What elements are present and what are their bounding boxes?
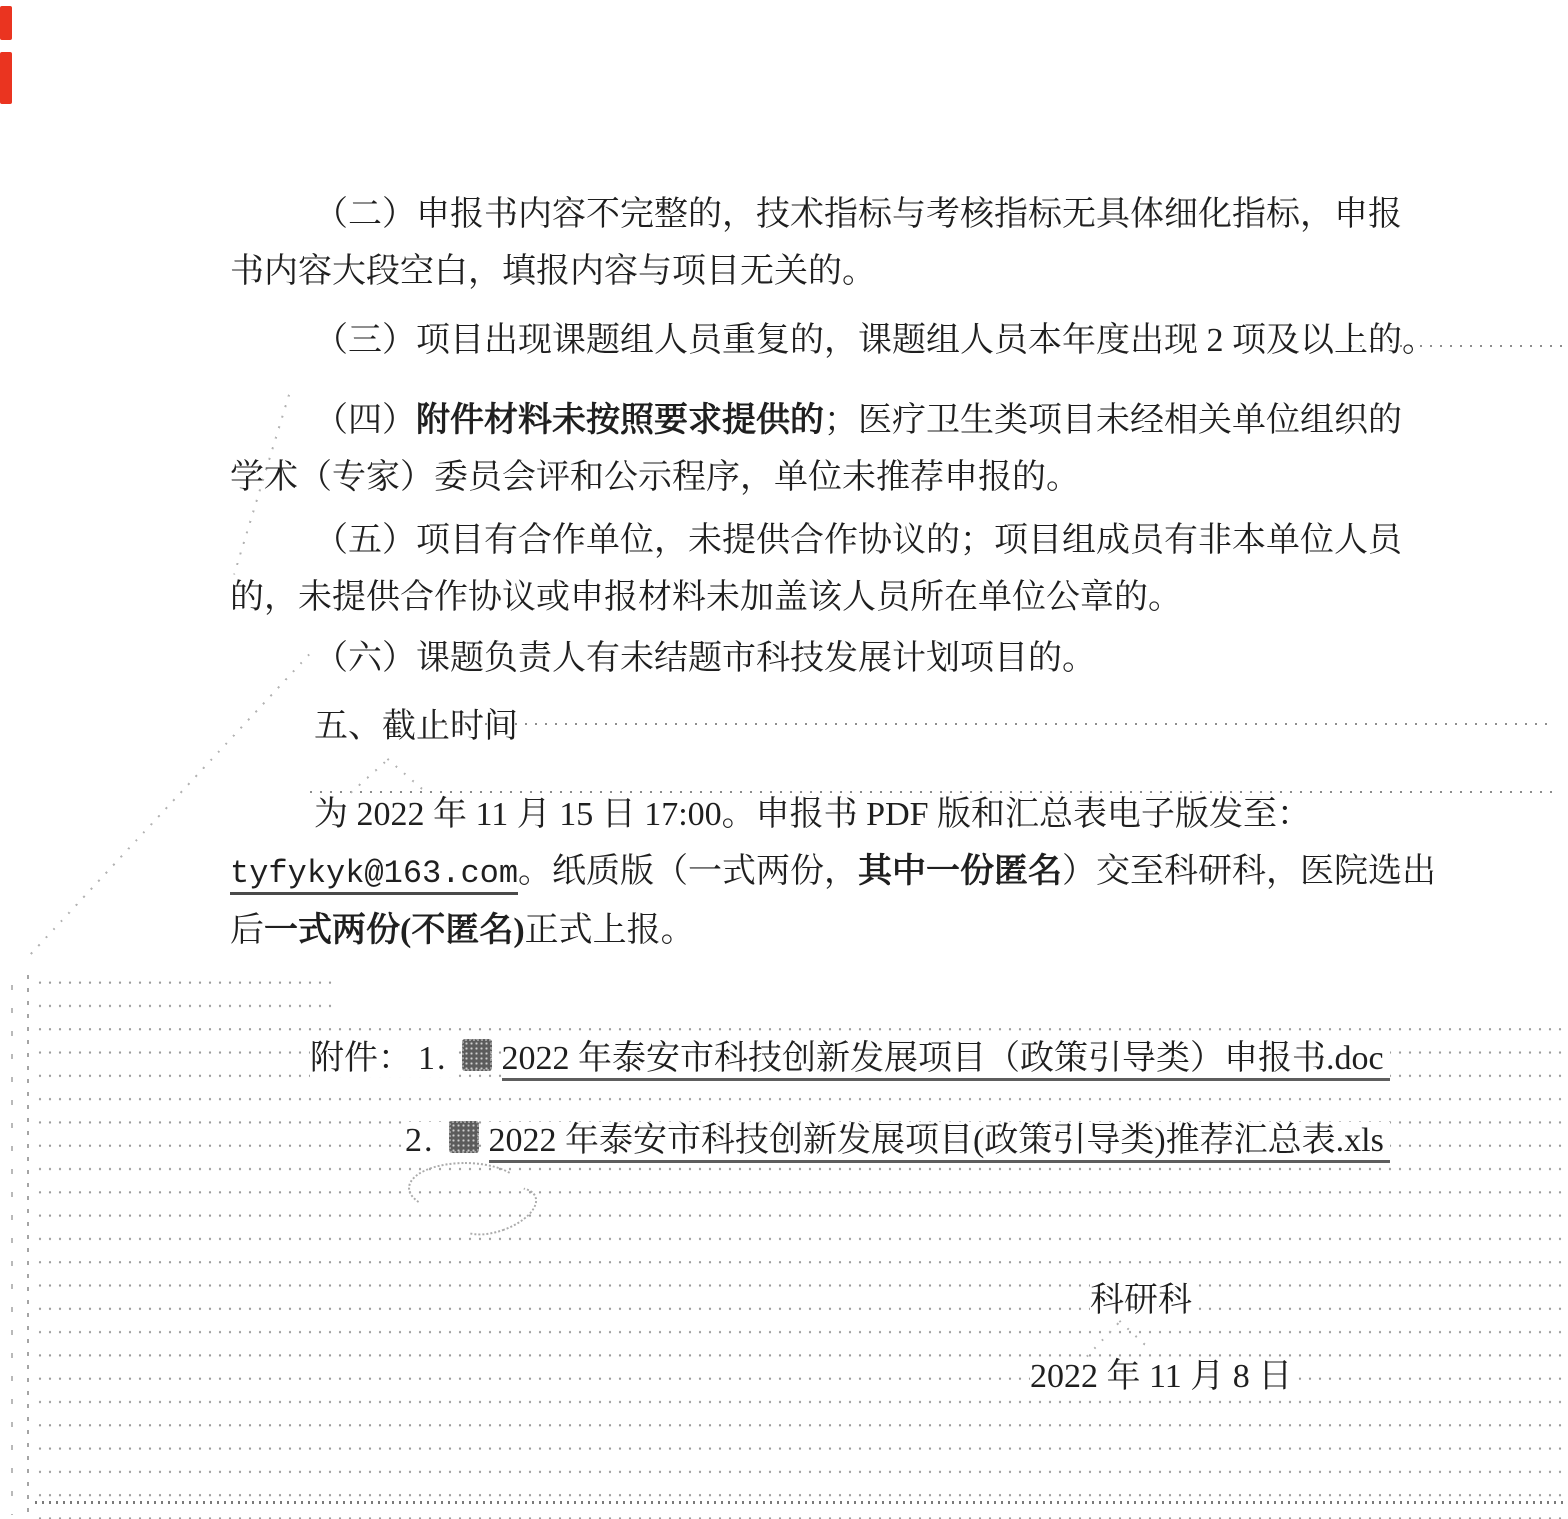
excel-file-icon <box>449 1121 479 1153</box>
deadline-paragraph: 为 2022 年 11 月 15 日 17:00。申报书 PDF 版和汇总表电子… <box>230 786 1436 959</box>
paragraph-4-rest: ；医疗卫生类项目未经相关单位组织的 <box>824 402 1402 439</box>
paragraph-4: （四）附件材料未按照要求提供的；医疗卫生类项目未经相关单位组织的 学术（专家）委… <box>230 392 1402 506</box>
attachment-link-doc[interactable]: 2022 年泰安市科技创新发展项目（政策引导类）申报书.doc <box>502 1040 1390 1081</box>
signature-department: 科研科 <box>1090 1282 1198 1319</box>
bottom-dotted-line <box>35 1501 1568 1504</box>
section-heading: 五、截止时间 <box>230 698 518 755</box>
paragraph-5: （五）项目有合作单位，未提供合作协议的；项目组成员有非本单位人员 的，未提供合作… <box>230 512 1402 626</box>
signature-date: 2022 年 11 月 8 日 <box>1030 1358 1298 1395</box>
signature-department-block: 科研科 <box>1090 1272 1198 1329</box>
left-vertical-dotted-line <box>27 975 29 1519</box>
paragraph-2-line-1: （二）申报书内容不完整的，技术指标与考核指标无具体细化指标，申报 <box>230 186 1402 243</box>
deadline-line-3: 后一式两份(不匿名)正式上报。 <box>230 902 1436 959</box>
paragraph-5-line-1: （五）项目有合作单位，未提供合作协议的；项目组成员有非本单位人员 <box>230 512 1402 569</box>
paragraph-6: （六）课题负责人有未结题市科技发展计划项目的。 <box>230 630 1096 687</box>
paragraph-3: （三）项目出现课题组人员重复的，课题组人员本年度出现 2 项及以上的。 <box>230 312 1436 369</box>
anonymous-copy-bold: 其中一份匿名 <box>858 853 1062 890</box>
paragraph-4-bold-clause: 附件材料未按照要求提供的 <box>416 402 824 439</box>
paragraph-3-line-1: （三）项目出现课题组人员重复的，课题组人员本年度出现 2 项及以上的。 <box>230 312 1436 369</box>
paragraph-6-line-1: （六）课题负责人有未结题市科技发展计划项目的。 <box>230 630 1096 687</box>
paragraph-2: （二）申报书内容不完整的，技术指标与考核指标无具体细化指标，申报 书内容大段空白… <box>230 186 1402 300</box>
signature-date-block: 2022 年 11 月 8 日 <box>1030 1348 1298 1405</box>
two-copies-bold: 一式两份(不匿名) <box>264 912 525 949</box>
email-link[interactable]: tyfykyk@163.com <box>230 855 518 895</box>
background-mask <box>335 965 1568 1017</box>
deadline-line-3-text-b: 正式上报。 <box>525 912 695 949</box>
section-5-heading-block: 五、截止时间 <box>230 698 518 755</box>
red-scan-mark-bottom <box>0 52 12 104</box>
deadline-line-2-text-a: 。纸质版（一式两份， <box>518 853 858 890</box>
deadline-line-3-text-a: 后 <box>230 912 264 949</box>
dotted-trail-after-heading <box>435 723 1555 725</box>
attachment-2-number: 2. <box>405 1122 441 1159</box>
left-dotted-ticks <box>11 985 13 1515</box>
deadline-line-2: tyfykyk@163.com。纸质版（一式两份，其中一份匿名）交至科研科，医院… <box>230 843 1436 902</box>
word-file-icon <box>462 1039 492 1071</box>
attachments-label: 附件： <box>310 1040 418 1077</box>
deadline-line-1: 为 2022 年 11 月 15 日 17:00。申报书 PDF 版和汇总表电子… <box>230 786 1436 843</box>
paragraph-4-line-2: 学术（专家）委员会评和公示程序，单位未推荐申报的。 <box>230 449 1402 506</box>
attachment-item-2: 2.2022 年泰安市科技创新发展项目(政策引导类)推荐汇总表.xls <box>405 1112 1390 1169</box>
attachment-1-number: 1. <box>418 1040 454 1077</box>
deadline-line-2-text-b: ）交至科研科，医院选出 <box>1062 853 1436 890</box>
paragraph-5-line-2: 的，未提供合作协议或申报材料未加盖该人员所在单位公章的。 <box>230 569 1402 626</box>
paragraph-2-line-2: 书内容大段空白，填报内容与项目无关的。 <box>230 243 1402 300</box>
paragraph-4-prefix: （四） <box>314 402 416 439</box>
attachment-link-xls[interactable]: 2022 年泰安市科技创新发展项目(政策引导类)推荐汇总表.xls <box>489 1122 1390 1163</box>
attachment-item-1: 附件：1.2022 年泰安市科技创新发展项目（政策引导类）申报书.doc <box>310 1030 1390 1087</box>
red-scan-mark-top <box>0 6 12 40</box>
paragraph-4-line-1: （四）附件材料未按照要求提供的；医疗卫生类项目未经相关单位组织的 <box>230 392 1402 449</box>
